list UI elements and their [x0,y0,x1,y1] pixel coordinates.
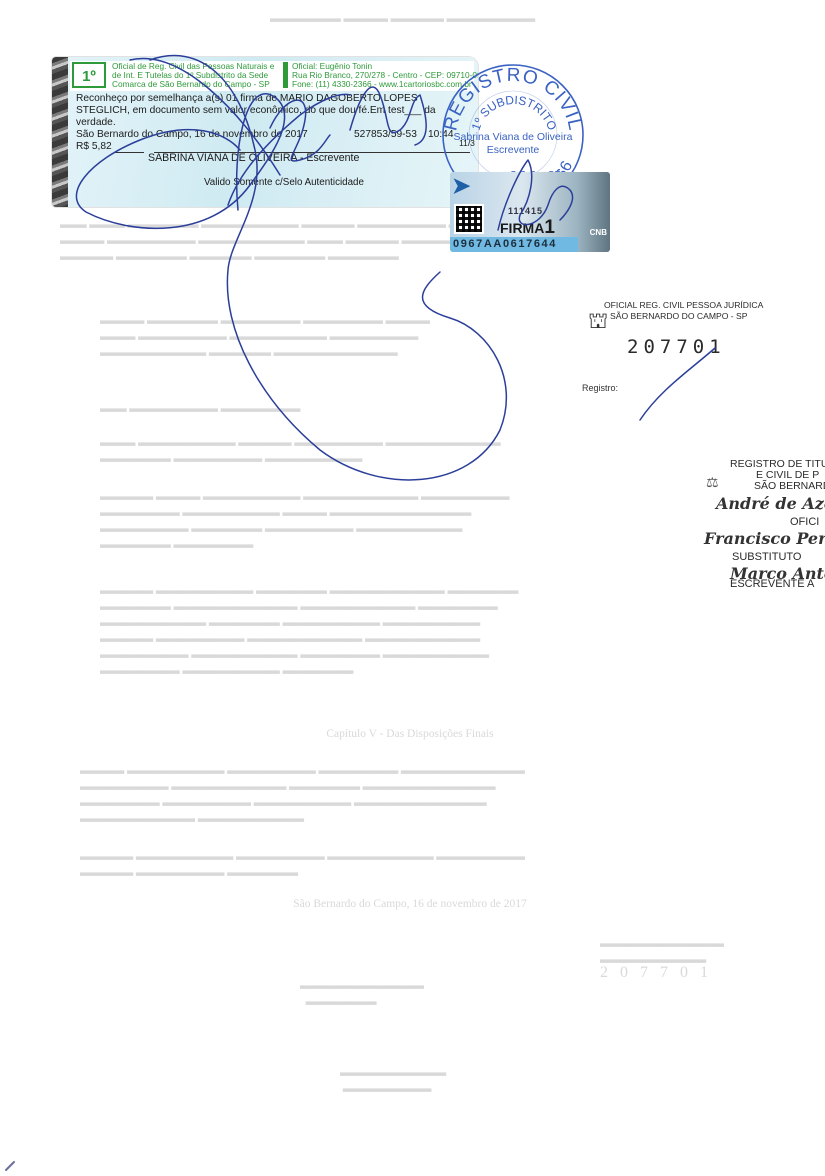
bleed-signature-block-2: ▂▂▂▂▂▂▂▂▂▂▂▂ ▂▂▂▂▂▂▂▂▂▂ [340,1062,520,1094]
sticker-security-edge [52,57,68,207]
registry-logo: 1º [72,62,106,88]
bleed-text-heading: ▂▂▂ ▂▂▂▂▂▂▂▂▂▂ ▂▂▂▂▂▂▂▂▂ [100,398,360,414]
place-date: São Bernardo do Campo, 16 de novembro de… [76,129,308,141]
document-page: ▂▂▂▂▂▂▂▂ ▂▂▂▂▂ ▂▂▂▂▂▂ ▂▂▂▂▂▂▂▂▂▂ ▂▂▂▂▂▂▂… [0,0,825,1176]
bleed-section-heading: Capítulo V - Das Disposições Finais [260,726,560,742]
stamp-emblem-icon: ⚖ [706,474,719,491]
svg-text:1º SUBDISTRITO: 1º SUBDISTRITO [469,93,560,132]
protocol-number: 527853/59-53 [354,129,417,141]
bleed-text-p3: ▂▂▂▂▂ ▂▂▂▂▂▂▂▂ ▂▂▂▂▂▂▂▂▂ ▂▂▂▂▂▂▂▂▂ ▂▂▂▂▂… [100,310,570,358]
office-info: Oficial de Reg. Civil das Pessoas Natura… [112,62,274,90]
seal-brand-icon: ➤ [452,175,474,197]
recognition-line-1: Reconheço por semelhança a(s) 01 firma d… [76,93,418,105]
seal-corner-mark: CNB [590,228,607,237]
bleed-text-p4: ▂▂▂▂ ▂▂▂▂▂▂▂▂▂▂▂ ▂▂▂▂▂▂ ▂▂▂▂▂▂▂▂▂▂ ▂▂▂▂▂… [100,432,700,464]
seal-small-number: 111415 [508,206,543,216]
registry-number: 207701 [627,336,726,358]
bleed-closing: São Bernardo do Campo, 16 de novembro de… [250,896,570,912]
clerk-name: SABRINA VIANA DE OLIVEIRA - Escrevente [148,153,359,165]
fee: R$ 5,82 [76,141,112,153]
bleed-signature-block: ▂▂▂▂▂▂▂▂▂▂▂▂▂▂ ▂▂▂▂▂▂▂▂ [300,975,480,1007]
bleed-text-p7: ▂▂▂▂▂ ▂▂▂▂▂▂▂▂▂▂▂ ▂▂▂▂▂▂▂▂▂▂ ▂▂▂▂▂▂▂▂▂ ▂… [80,760,720,824]
bleed-text-header: ▂▂▂▂▂▂▂▂ ▂▂▂▂▂ ▂▂▂▂▂▂ ▂▂▂▂▂▂▂▂▂▂ [270,8,650,24]
signature-line [154,152,470,153]
validity-note: Valido Somente c/Selo Autenticidade [204,177,364,189]
bleed-text-p6: ▂▂▂▂▂▂ ▂▂▂▂▂▂▂▂▂▂▂ ▂▂▂▂▂▂▂▂ ▂▂▂▂▂▂▂▂▂▂▂▂… [100,580,700,676]
svg-text:Escrevente: Escrevente [487,144,540,156]
bleed-text-p8: ▂▂▂▂▂▂ ▂▂▂▂▂▂▂▂▂▂▂ ▂▂▂▂▂▂▂▂▂▂ ▂▂▂▂▂▂▂▂▂▂… [80,846,720,878]
recognition-line-3: verdade. [76,117,116,129]
registry-building-icon: ⛫ [588,308,608,337]
pen-mark [6,1162,14,1170]
fee-line [114,152,144,153]
pj-registry-stamp: ⛫ OFICIAL REG. CIVIL PESSOA JURÍDICA SÃO… [582,298,772,398]
seal-serial: 0967AA0617644 [450,237,578,252]
sticker-header: 1º Oficial de Reg. Civil das Pessoas Nat… [70,61,474,91]
svg-text:Sabrina Viana de Oliveira: Sabrina Viana de Oliveira [454,131,573,143]
notary-recognition-sticker: 1º Oficial de Reg. Civil das Pessoas Nat… [52,57,478,207]
bleed-pj-stamp: ▂▂▂▂▂▂▂▂▂▂▂▂▂▂▂▂▂▂▂▂▂▂▂▂▂▂2 0 7 7 0 1 [600,933,770,982]
divider-bar [283,62,288,88]
authenticity-seal: ➤ 111415 FIRMA1 CNB 0967AA0617644 [450,172,610,252]
qr-code-icon [454,204,484,234]
seal-label: FIRMA1 [500,217,555,239]
titles-documents-stamp: REGISTRO DE TITU E CIVIL DE P SÃO BERNAR… [700,456,825,591]
registro-label: Registro: [582,383,618,393]
bleed-text-p5: ▂▂▂▂▂▂ ▂▂▂▂▂ ▂▂▂▂▂▂▂▂▂▂▂ ▂▂▂▂▂▂▂▂▂▂▂▂▂ ▂… [100,486,700,550]
recognition-line-2: STEGLICH, em documento sem valor econômi… [76,105,436,117]
